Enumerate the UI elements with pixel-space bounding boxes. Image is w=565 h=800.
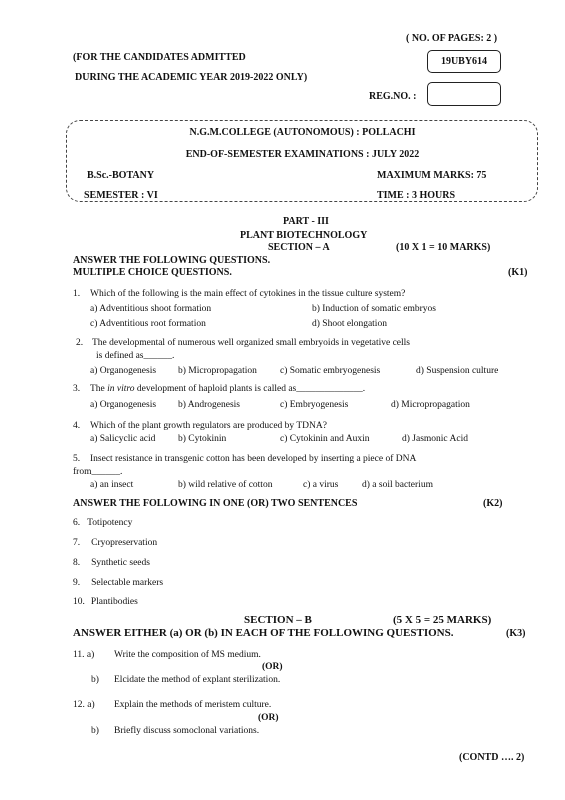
q11-option-a: Write the composition of MS medium. [114, 650, 261, 660]
mcq-instruction: MULTIPLE CHOICE QUESTIONS. [73, 267, 232, 278]
list-item: 6.Totipotency [73, 518, 132, 528]
college-name: N.G.M.COLLEGE (AUTONOMOUS) : POLLACHI [0, 127, 565, 138]
section-a-instruction: ANSWER THE FOLLOWING QUESTIONS. [73, 255, 270, 266]
section-b-instruction: ANSWER EITHER (a) OR (b) IN EACH OF THE … [73, 627, 453, 639]
max-marks: MAXIMUM MARKS: 75 [377, 170, 486, 181]
q4-option-c: c) Cytokinin and Auxin [280, 434, 369, 444]
q3-option-c: c) Embryogenesis [280, 400, 348, 410]
admitted-line-1: (FOR THE CANDIDATES ADMITTED [73, 52, 246, 63]
q11-number: 11. a) [73, 650, 94, 660]
short-answer-instruction: ANSWER THE FOLLOWING IN ONE (OR) TWO SEN… [73, 498, 357, 509]
part-title: PART - III [283, 216, 329, 227]
q5-option-b: b) wild relative of cotton [178, 480, 272, 490]
q3-number: 3. [73, 384, 80, 394]
q5-text-2: from______. [73, 467, 122, 477]
k1-label: (K1) [508, 267, 527, 278]
course-code: 19UBY614 [428, 51, 500, 72]
k2-label: (K2) [483, 498, 502, 509]
course-code-box: 19UBY614 [427, 50, 501, 73]
q5-number: 5. [73, 454, 80, 464]
section-b-title: SECTION – B [244, 614, 312, 626]
reg-no-field[interactable] [427, 82, 501, 106]
semester: SEMESTER : VI [84, 190, 158, 201]
q12-b-label: b) [91, 726, 99, 736]
course-name: B.Sc.-BOTANY [87, 170, 154, 181]
list-item: 9.Selectable markers [73, 578, 163, 588]
q5-option-d: d) a soil bacterium [362, 480, 433, 490]
q4-option-b: b) Cytokinin [178, 434, 226, 444]
q3-text: The in vitro development of haploid plan… [90, 384, 365, 394]
exam-time: TIME : 3 HOURS [377, 190, 455, 201]
k3-label: (K3) [506, 628, 525, 639]
q2-option-d: d) Suspension culture [416, 366, 498, 376]
q1-option-d: d) Shoot elongation [312, 319, 387, 329]
q3-option-d: d) Micropropagation [391, 400, 470, 410]
q2-option-b: b) Micropropagation [178, 366, 257, 376]
subject-title: PLANT BIOTECHNOLOGY [240, 230, 367, 241]
section-a-marks: (10 X 1 = 10 MARKS) [396, 242, 490, 253]
exam-title: END-OF-SEMESTER EXAMINATIONS : JULY 2022 [0, 149, 565, 160]
q12-option-a: Explain the methods of meristem culture. [114, 700, 271, 710]
reg-no-label: REG.NO. : [369, 91, 417, 102]
q4-number: 4. [73, 421, 80, 431]
list-item: 8.Synthetic seeds [73, 558, 150, 568]
q11-b-label: b) [91, 675, 99, 685]
q11-option-b: Elcidate the method of explant steriliza… [114, 675, 280, 685]
q2-text-2: is defined as______. [96, 351, 174, 361]
q4-option-a: a) Salicyclic acid [90, 434, 155, 444]
q12-option-b: Briefly discuss somoclonal variations. [114, 726, 259, 736]
section-a-title: SECTION – A [268, 242, 330, 253]
q3-option-a: a) Organogenesis [90, 400, 156, 410]
list-item: 10.Plantibodies [73, 597, 138, 607]
q12-number: 12. a) [73, 700, 95, 710]
q5-option-c: c) a virus [303, 480, 338, 490]
q1-number: 1. [73, 289, 80, 299]
q5-text: Insect resistance in transgenic cotton h… [90, 454, 416, 464]
list-item: 7.Cryopreservation [73, 538, 157, 548]
q2-text: The developmental of numerous well organ… [92, 338, 410, 348]
q1-option-a: a) Adventitious shoot formation [90, 304, 211, 314]
section-b-marks: (5 X 5 = 25 MARKS) [393, 614, 491, 626]
q2-option-a: a) Organogenesis [90, 366, 156, 376]
continued-note: (CONTD …. 2) [459, 752, 524, 763]
q4-text: Which of the plant growth regulators are… [90, 421, 327, 431]
q5-option-a: a) an insect [90, 480, 133, 490]
q2-option-c: c) Somatic embryogenesis [280, 366, 380, 376]
q1-option-b: b) Induction of somatic embryos [312, 304, 436, 314]
q3-option-b: b) Androgenesis [178, 400, 240, 410]
page-count: ( NO. OF PAGES: 2 ) [406, 33, 497, 44]
q4-option-d: d) Jasmonic Acid [402, 434, 468, 444]
q12-or: (OR) [258, 713, 279, 723]
q1-option-c: c) Adventitious root formation [90, 319, 206, 329]
q1-text: Which of the following is the main effec… [90, 289, 405, 299]
admitted-line-2: DURING THE ACADEMIC YEAR 2019-2022 ONLY) [75, 72, 307, 83]
q11-or: (OR) [262, 662, 283, 672]
q2-number: 2. [76, 338, 83, 348]
